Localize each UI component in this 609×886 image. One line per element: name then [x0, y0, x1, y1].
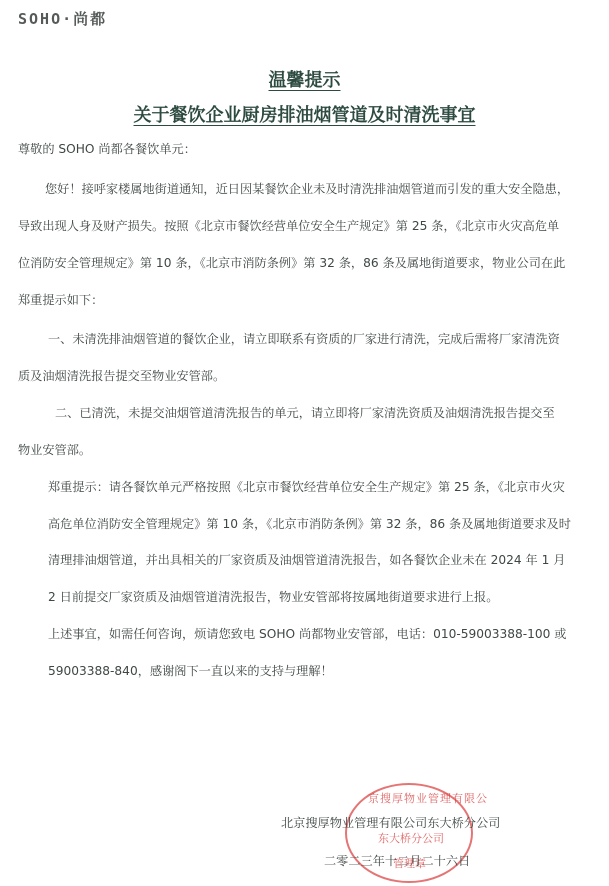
notice-title: 温馨提示: [0, 66, 609, 92]
contact-line: 上述事宜，如需任何咨询，烦请您致电 SOHO 尚都物业安管部，电话：010-59…: [48, 626, 567, 643]
notice-subtitle: 关于餐饮企业厨房排油烟管道及时清洗事宜: [0, 101, 609, 127]
stamp-middle-text: 东大桥分公司: [378, 830, 444, 846]
intro-line: 导致出现人身及财产损失。按照《北京市餐饮经营单位安全生产规定》第 25 条，《北…: [18, 218, 559, 235]
intro-line: 位消防安全管理规定》第 10 条，《北京市消防条例》第 32 条，86 条及属地…: [18, 255, 565, 272]
notice-line: 高危单位消防安全管理规定》第 10 条，《北京市消防条例》第 32 条，86 条…: [48, 516, 571, 533]
item1-line: 一、未清洗排油烟管道的餐饮企业，请立即联系有资质的厂家进行清洗，完成后需将厂家清…: [48, 331, 560, 348]
contact-line: 59003388-840，感谢阁下一直以来的支持与理解！: [48, 663, 333, 680]
stamp-top-text: 京搜厚物业管理有限公: [368, 790, 488, 806]
notice-subtitle-text: 关于餐饮企业厨房排油烟管道及时清洗事宜: [134, 105, 476, 126]
intro-line: 您好！接呼家楼属地街道通知，近日因某餐饮企业未及时清洗排油烟管道而引发的重大安全…: [45, 181, 569, 198]
notice-line: 郑重提示：请各餐饮单元严格按照《北京市餐饮经营单位安全生产规定》第 25 条，《…: [48, 479, 565, 496]
item2-line: 二、已清洗，未提交油烟管道清洗报告的单元，请立即将厂家清洗资质及油烟清洗报告提交…: [55, 405, 555, 422]
salutation: 尊敬的 SOHO 尚都各餐饮单元：: [18, 141, 196, 158]
signature-date: 二零二三年十二月二十六日: [324, 852, 470, 869]
item2-line: 物业安管部。: [18, 442, 91, 459]
notice-line: 2 日前提交厂家资质及油烟管道清洗报告，物业安管部将按属地街道要求进行上报。: [48, 589, 498, 606]
notice-line: 清理排油烟管道，并出具相关的厂家资质及油烟管道清洗报告，如各餐饮企业未在 202…: [48, 552, 565, 569]
item1-line: 质及油烟清洗报告提交至物业安管部。: [18, 368, 225, 385]
soho-logo: SOHO·尚都: [18, 8, 107, 29]
intro-line: 郑重提示如下：: [18, 292, 103, 309]
notice-title-text: 温馨提示: [269, 70, 341, 91]
signature-company: 北京搜厚物业管理有限公司东大桥分公司: [281, 814, 500, 831]
